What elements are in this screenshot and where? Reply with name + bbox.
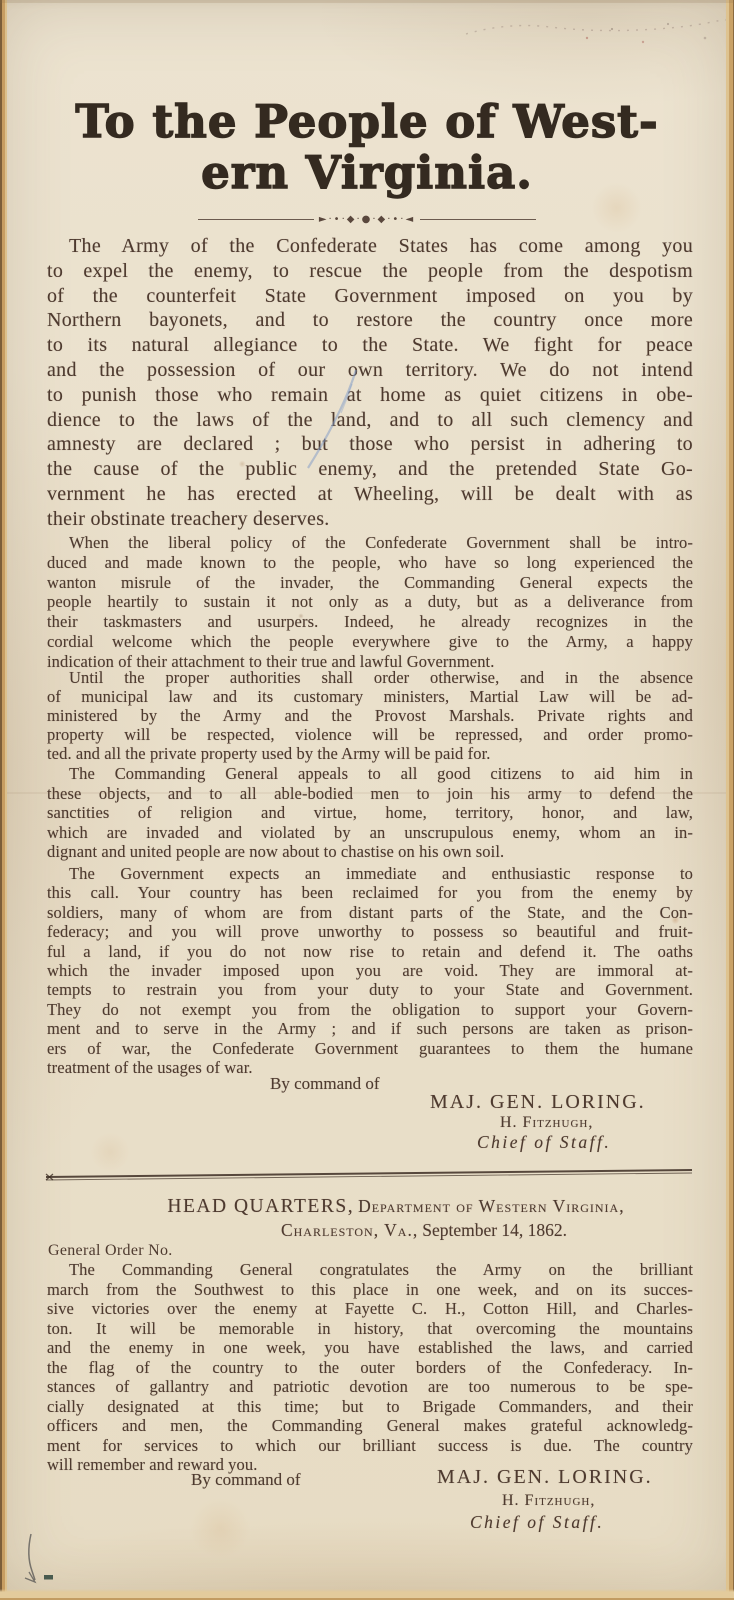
page-edge-bottom <box>0 1589 734 1600</box>
text-line: their obstinate treachery deserves. <box>47 507 693 532</box>
text-line: the flag of the country to the outer bor… <box>47 1358 693 1378</box>
proclamation-paragraph-5: The Government expects an immediate and … <box>47 864 693 1077</box>
ornament-glyphs: ►·•·◆·●·◆·•·◄ <box>314 214 420 225</box>
text-line: which the invader imposed upon you are v… <box>47 961 693 980</box>
pencil-arrow-mark <box>29 1534 35 1580</box>
text-line: ful a land, if you do not now rise to re… <box>47 942 693 961</box>
proclamation-signature-aide: H. Fitzhugh, <box>500 1114 593 1132</box>
broadside-page: To the People of West- ern Virginia. ►·•… <box>0 0 734 1600</box>
proclamation-signature-title: Chief of Staff. <box>477 1132 611 1153</box>
text-line: stances of gallantry and patriotic devot… <box>47 1377 693 1397</box>
text-line: dignant and united people are now about … <box>47 842 693 862</box>
text-line: and the enemy in one week, you have esta… <box>47 1338 693 1358</box>
proclamation-signature-name: MAJ. GEN. LORING. <box>430 1091 646 1114</box>
text-line: The Commanding General appeals to all go… <box>47 764 693 784</box>
title-line-2: ern Virginia. <box>0 147 734 198</box>
general-order-number-label: General Order No. <box>48 1242 173 1260</box>
text-line: cordial welcome which the people everywh… <box>47 632 693 652</box>
text-line: property will be respected, violence wil… <box>47 725 693 744</box>
text-line: amnesty are declared ; but those who per… <box>47 432 693 457</box>
text-line: They do not exempt you from the obligati… <box>47 1000 693 1019</box>
text-line: The Army of the Confederate States has c… <box>47 234 693 259</box>
order-by-command: By command of <box>191 1470 301 1490</box>
text-line: Northern bayonets, and to restore the co… <box>47 308 693 333</box>
text-line: soldiers, many of whom are from distant … <box>47 903 693 922</box>
text-line: ment and to serve in the Army ; and if s… <box>47 1019 693 1038</box>
text-line: and the possession of our own territory.… <box>47 358 693 383</box>
text-line: this call. Your country has been reclaim… <box>47 883 693 902</box>
proclamation-paragraph-3: Until the proper authorities shall order… <box>47 668 693 763</box>
text-line: sanctities of religion and virtue, home,… <box>47 803 693 823</box>
title-line-1: To the People of West- <box>0 96 734 147</box>
text-line: to punish those who remain at home as qu… <box>47 383 693 408</box>
ink-dash-mark <box>44 1575 53 1580</box>
text-line: tempts to restrain you from your duty to… <box>47 980 693 999</box>
section-divider-rule <box>42 1166 698 1182</box>
text-line: their taskmasters and usurpers. Indeed, … <box>47 612 693 632</box>
text-line: which are invaded and violated by an uns… <box>47 823 693 843</box>
order-heading-line-1: HEAD QUARTERS, Department of Western Vir… <box>47 1196 719 1218</box>
department-label: Department of Western Virginia, <box>358 1196 625 1216</box>
text-line: duced and made known to the people, who … <box>47 553 693 573</box>
text-line: of the counterfeit State Government impo… <box>47 284 693 309</box>
text-line: The Commanding General congratulates the… <box>47 1260 693 1280</box>
paper-fold-line <box>6 792 727 794</box>
date-label: September 14, 1862. <box>422 1220 567 1240</box>
place-label: Charleston, Va., <box>281 1220 418 1240</box>
order-heading-line-2: Charleston, Va., September 14, 1862. <box>47 1220 734 1241</box>
text-line: sive victories over the enemy at Fayette… <box>47 1299 693 1319</box>
text-line: wanton misrule of the invader, the Comma… <box>47 573 693 593</box>
text-line: of municipal law and its customary minis… <box>47 687 693 706</box>
order-signature-aide: H. Fitzhugh, <box>502 1492 595 1510</box>
graphite-scribble <box>466 20 734 34</box>
order-signature-title: Chief of Staff. <box>470 1512 604 1533</box>
text-line: vernment he has erected at Wheeling, wil… <box>47 482 693 507</box>
text-line: people heartily to sustain it not only a… <box>47 592 693 612</box>
text-line: ment for services to which our brilliant… <box>47 1436 693 1456</box>
text-line: officers and men, the Commanding General… <box>47 1416 693 1436</box>
text-line: When the liberal policy of the Confedera… <box>47 533 693 553</box>
page-edge-left <box>0 0 7 1600</box>
text-line: to its natural allegiance to the State. … <box>47 333 693 358</box>
broadside-title: To the People of West- ern Virginia. <box>0 96 734 198</box>
title-ornament: ►·•·◆·●·◆·•·◄ <box>0 214 734 225</box>
proclamation-paragraph-4: The Commanding General appeals to all go… <box>47 764 693 862</box>
text-line: cially designated at this time; but to B… <box>47 1397 693 1417</box>
ornament-rule-right <box>420 219 536 220</box>
text-line: ted. and all the private property used b… <box>47 744 693 763</box>
page-edge-right <box>726 0 734 1600</box>
text-line: ton. It will be memorable in history, th… <box>47 1319 693 1339</box>
text-line: dience to the laws of the land, and to a… <box>47 408 693 433</box>
text-line: The Government expects an immediate and … <box>47 864 693 883</box>
order-paragraph: The Commanding General congratulates the… <box>47 1260 693 1475</box>
text-line: Until the proper authorities shall order… <box>47 668 693 687</box>
proclamation-paragraph-2: When the liberal policy of the Confedera… <box>47 533 693 672</box>
ornament-rule-left <box>198 219 314 220</box>
text-line: march from the Southwest to this place i… <box>47 1280 693 1300</box>
page-edge-top <box>0 0 734 3</box>
text-line: ers of war, the Confederate Government g… <box>47 1039 693 1058</box>
text-line: the cause of the public enemy, and the p… <box>47 457 693 482</box>
text-line: ministered by the Army and the Provost M… <box>47 706 693 725</box>
proclamation-paragraph-1: The Army of the Confederate States has c… <box>47 234 693 532</box>
proclamation-by-command: By command of <box>270 1074 380 1094</box>
text-line: to expel the enemy, to rescue the people… <box>47 259 693 284</box>
text-line: federacy; and you will prove unworthy to… <box>47 922 693 941</box>
headquarters-label: HEAD QUARTERS, <box>167 1196 354 1217</box>
order-signature-name: MAJ. GEN. LORING. <box>437 1466 653 1489</box>
